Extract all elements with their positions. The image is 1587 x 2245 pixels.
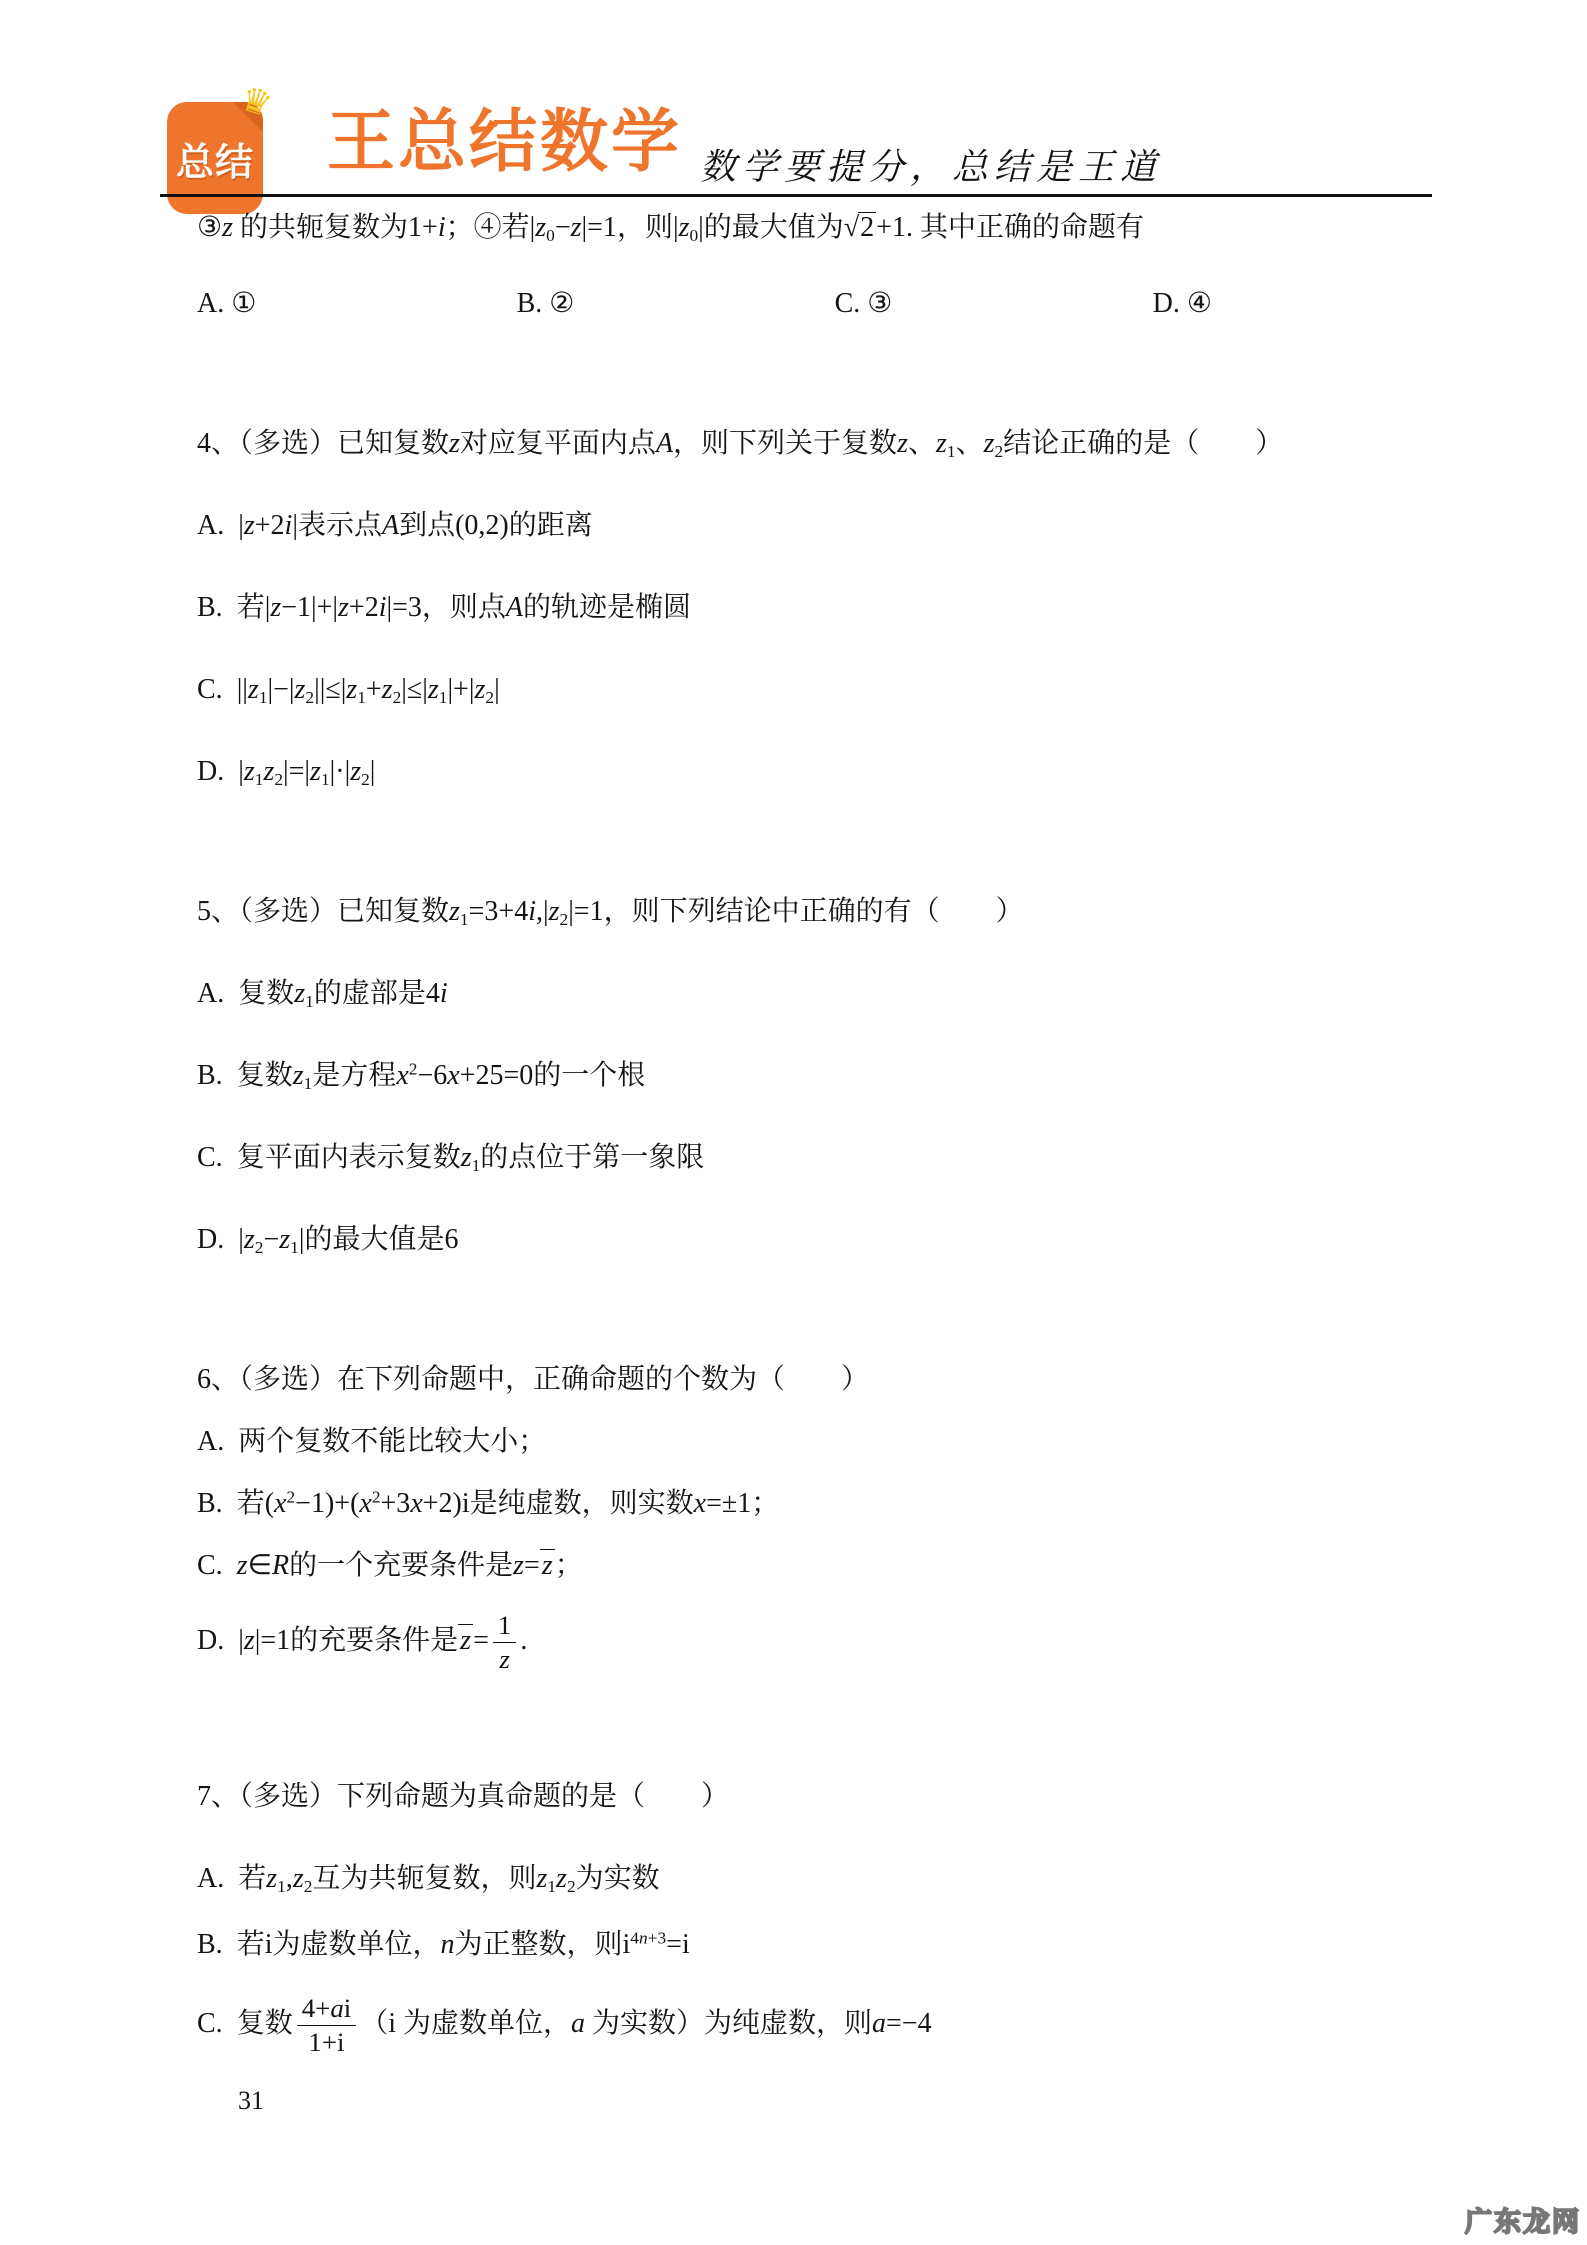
math-text: B.: [197, 592, 223, 623]
math-text: 4: [426, 978, 440, 1009]
math-text: −1)+(: [295, 1488, 359, 1519]
question-line: 5、（多选）已知复数z1=3+4i,|z2|=1，则下列结论中正确的有（ ）: [197, 894, 1447, 930]
question-line: 6、（多选）在下列命题中，正确命题的个数为（ ）: [197, 1362, 1447, 1398]
math-var: R: [272, 1550, 289, 1581]
math-var: z: [535, 212, 546, 243]
math-text: D.: [197, 1625, 224, 1656]
text-run: ，则下列关于复数: [673, 428, 897, 459]
math-var: z: [346, 674, 357, 705]
option-line: D.|z2−z1|的最大值是6: [197, 1222, 1447, 1258]
text-run: 为正整数，则: [455, 1929, 623, 1960]
math-text: =3+4: [469, 896, 529, 927]
math-text: 1: [460, 910, 469, 929]
math-text: D. ④: [1153, 288, 1212, 319]
span: z: [499, 1643, 509, 1675]
subscript: 2: [361, 770, 370, 789]
subscript: 2: [305, 688, 314, 707]
math-text: =−4: [886, 2008, 932, 2039]
math-var: z: [310, 756, 321, 787]
math-text: 2: [567, 1877, 576, 1896]
text-run: 的共轭复数为: [233, 212, 408, 243]
math-text: 0: [546, 226, 555, 245]
text-run: 的点位于第一象限: [480, 1142, 704, 1173]
math-text: 6: [444, 1224, 458, 1255]
page-header: ♛ 总结 王总结数学 数学要提分，总结是王道: [165, 58, 1430, 196]
math-var: n: [441, 1929, 455, 1960]
math-text: −6: [417, 1060, 447, 1091]
text-run: 、: [956, 428, 984, 459]
math-text: 1: [277, 1877, 286, 1896]
math-var: A: [506, 592, 523, 623]
text-run: （i 为虚数单位，: [360, 2008, 571, 2039]
math-var: z: [571, 212, 582, 243]
math-text: 1: [290, 1238, 299, 1257]
option-line: B.若i为虚数单位，n为正整数，则i4n+3=i: [197, 1927, 1447, 1963]
option-line: C.复数4+ai1+i（i 为虚数单位，a 为实数）为纯虚数，则a=−4: [197, 1993, 1447, 2058]
subscript: 1: [460, 910, 469, 929]
text-run: 若: [237, 1488, 265, 1519]
overline-expr: z: [540, 1549, 555, 1580]
document-page: ♛ 总结 王总结数学 数学要提分，总结是王道 ③z 的共轭复数为1+i；④若|z…: [0, 0, 1587, 2245]
math-var: x: [274, 1488, 286, 1519]
math-var: z: [293, 1060, 304, 1091]
math-text: (: [265, 1488, 274, 1519]
math-var: z: [293, 1863, 304, 1894]
math-var: A: [382, 510, 399, 541]
math-text: B.: [197, 1060, 223, 1091]
math-var: z: [244, 510, 255, 541]
brand-badge-label: 总结: [176, 131, 254, 186]
subscript: 2: [274, 770, 283, 789]
math-var: z: [897, 428, 908, 459]
text-run: ，则下列结论中正确的有（ ）: [604, 896, 1024, 927]
math-text: 2: [485, 688, 494, 707]
math-var: z: [449, 428, 460, 459]
subscript: 1: [305, 992, 314, 1011]
math-var: z: [679, 212, 690, 243]
option-line: A.|z+2i|表示点A到点(0,2)的距离: [197, 508, 1447, 544]
subscript: 1: [321, 770, 330, 789]
text-run: 复平面内表示复数: [237, 1142, 461, 1173]
overline-expr: z: [458, 1624, 473, 1655]
math-var: a: [571, 2008, 585, 2039]
text-run: ，则点: [422, 592, 506, 623]
math-text: D.: [197, 756, 224, 787]
math-text: 2: [286, 1487, 295, 1506]
math-var: z: [222, 212, 233, 243]
option-line: D.|z|=1的充要条件是z=1z.: [197, 1610, 1447, 1675]
option-line: B.若|z−1|+|z+2i|=3，则点A的轨迹是椭圆: [197, 590, 1447, 626]
math-var: z: [542, 1550, 553, 1581]
math-text: |: [370, 756, 376, 787]
math-text: 1: [357, 688, 366, 707]
text-run: 为实数: [576, 1863, 660, 1894]
math-text: 2: [361, 770, 370, 789]
math-text: +25=0: [460, 1060, 534, 1091]
math-text: ||≤|: [314, 674, 346, 705]
math-var: x: [359, 1488, 371, 1519]
math-text: B.: [197, 1488, 223, 1519]
math-text: C.: [197, 674, 223, 705]
answer-option: A. ①: [197, 286, 256, 322]
text-run: 5、（多选）已知复数: [197, 896, 449, 927]
page-number: 31: [238, 2086, 264, 2116]
subscript: 1: [947, 442, 956, 461]
text-run: 到点: [399, 510, 455, 541]
math-text: =: [524, 1550, 540, 1581]
subscript: 1: [357, 688, 366, 707]
math-text: A.: [197, 1426, 224, 1457]
math-var: z: [266, 1863, 277, 1894]
math-text: 1+i: [308, 2027, 344, 2057]
math-text: ∈: [248, 1550, 272, 1581]
subscript: 2: [995, 442, 1004, 461]
brand-tagline: 数学要提分，总结是王道: [700, 139, 1162, 190]
math-text: |: [494, 674, 500, 705]
answer-option: C. ③: [835, 286, 893, 322]
text-run: 是纯虚数，则实数: [470, 1488, 694, 1519]
math-text: +2: [349, 592, 379, 623]
math-var: z: [279, 1224, 290, 1255]
sqrt-expr: √2: [844, 210, 876, 246]
math-text: C.: [197, 1550, 223, 1581]
text-run: 对应复平面内点: [460, 428, 656, 459]
text-run: 复数: [237, 2008, 293, 2039]
option-line: B.若(x2−1)+(x2+3x+2)i是纯虚数，则实数x=±1；: [197, 1486, 1447, 1522]
subscript: 1: [277, 1877, 286, 1896]
subscript: 2: [485, 688, 494, 707]
subscript: 1: [472, 1156, 481, 1175]
math-text: A.: [197, 1863, 224, 1894]
subscript: 0: [546, 226, 555, 245]
text-run: 的轨迹是椭圆: [523, 592, 691, 623]
math-text: A. ①: [197, 288, 256, 319]
math-var: z: [536, 1863, 547, 1894]
math-var: z: [428, 674, 439, 705]
superscript: 2: [286, 1487, 295, 1506]
math-text: B. ②: [517, 288, 575, 319]
text-run: 为实数）为纯虚数，则: [585, 2008, 872, 2039]
option-line: A.两个复数不能比较大小；: [197, 1424, 1447, 1460]
math-text: 2: [372, 1487, 381, 1506]
math-text: 1: [947, 442, 956, 461]
math-text: =: [473, 1625, 489, 1656]
math-var: z: [294, 978, 305, 1009]
text-run: ；: [751, 1488, 779, 1519]
math-var: a: [872, 2008, 886, 2039]
text-run: 6、（多选）在下列命题中，正确命题的个数为（ ）: [197, 1364, 869, 1395]
math-text: A.: [197, 978, 224, 1009]
math-text: 1: [472, 1156, 481, 1175]
fraction: 1z: [493, 1610, 516, 1675]
subscript: 2: [393, 688, 402, 707]
option-line: D.|z1z2|=|z1|·|z2|: [197, 754, 1447, 790]
math-text: D.: [197, 1224, 224, 1255]
answer-options-row: A. ①B. ②C. ③D. ④: [197, 286, 1212, 322]
text-run: 的最大值是: [304, 1224, 444, 1255]
math-text: 1: [304, 1074, 313, 1093]
math-var: z: [244, 1224, 255, 1255]
math-var: z: [461, 1142, 472, 1173]
math-text: −: [263, 1224, 279, 1255]
math-text: ,: [286, 1863, 293, 1894]
math-text: |=1: [255, 1625, 290, 1656]
text-run: 的最大值为: [704, 212, 844, 243]
option-line: C.复平面内表示复数z1的点位于第一象限: [197, 1140, 1447, 1176]
subscript: 2: [567, 1877, 576, 1896]
text-run: 、: [908, 428, 936, 459]
superscript: 2: [372, 1487, 381, 1506]
answer-option: B. ②: [517, 286, 575, 322]
math-text: |=3: [387, 592, 422, 623]
subscript: 1: [304, 1074, 313, 1093]
math-text: +: [366, 674, 382, 705]
math-text: 1: [321, 770, 330, 789]
math-var: x: [410, 1488, 422, 1519]
math-var: z: [295, 674, 306, 705]
text-run: 4、（多选）已知复数: [197, 428, 449, 459]
option-line: A.若z1,z2互为共轭复数，则z1z2为实数: [197, 1861, 1447, 1897]
math-var: z: [382, 674, 393, 705]
math-var: x: [447, 1060, 459, 1091]
math-text: +2)i: [423, 1488, 470, 1519]
crown-icon: ♛: [235, 78, 276, 125]
math-text: 1+: [408, 212, 438, 243]
math-text: 2: [393, 688, 402, 707]
text-run: 的虚部是: [314, 978, 426, 1009]
math-text: +3: [648, 1928, 666, 1947]
math-var: z: [338, 592, 349, 623]
text-run: 为虚数单位，: [272, 1929, 440, 1960]
text-run: 若: [238, 1863, 266, 1894]
math-text: ||: [237, 674, 248, 705]
math-var: z: [499, 1644, 509, 1674]
math-text: 1: [498, 1610, 511, 1640]
math-var: a: [330, 1993, 343, 2023]
math-text: |=1: [582, 212, 617, 243]
math-text: C.: [197, 1142, 223, 1173]
answer-option: D. ④: [1153, 286, 1212, 322]
brand-wordmark: 王总结数学: [327, 108, 682, 176]
math-text: .: [520, 1625, 527, 1656]
math-var: z: [984, 428, 995, 459]
math-text: 1: [259, 688, 268, 707]
math-var: z: [248, 674, 259, 705]
math-text: i: [344, 1993, 351, 2023]
math-text: C. ③: [835, 288, 893, 319]
text-run: ③: [197, 212, 222, 243]
question-line: 4、（多选）已知复数z对应复平面内点A，则下列关于复数z、z1、z2结论正确的是…: [197, 426, 1447, 462]
text-run: 的一个根: [533, 1060, 645, 1091]
math-text: +3: [381, 1488, 411, 1519]
math-text: 2: [995, 442, 1004, 461]
math-var: A: [656, 428, 673, 459]
text-run: 的距离: [509, 510, 593, 541]
text-run: 两个复数不能比较大小；: [238, 1426, 546, 1457]
span: √: [844, 210, 859, 246]
math-text: =i: [666, 1929, 690, 1960]
math-var: z: [270, 592, 281, 623]
statement-line: ③z 的共轭复数为1+i；④若|z0−z|=1，则|z0|的最大值为√2+1. …: [197, 210, 1447, 246]
math-text: −: [555, 212, 571, 243]
math-text: |≤|: [401, 674, 428, 705]
math-text: +1: [876, 212, 906, 243]
math-text: 2: [560, 910, 569, 929]
math-text: (0,2): [455, 510, 509, 541]
math-text: 4+: [302, 1993, 331, 2023]
math-text: 1: [305, 992, 314, 1011]
math-var: i: [440, 978, 448, 1009]
math-text: C.: [197, 2008, 223, 2039]
subscript: 1: [547, 1877, 556, 1896]
text-run: ；: [555, 1550, 583, 1581]
math-var: z: [460, 1625, 471, 1656]
math-var: z: [237, 1550, 248, 1581]
math-var: i: [438, 212, 446, 243]
math-text: ,|: [536, 896, 549, 927]
text-run: 复数: [238, 978, 294, 1009]
text-run: 互为共轭复数，则: [312, 1863, 536, 1894]
superscript: 4n+3: [630, 1928, 666, 1947]
math-var: z: [474, 674, 485, 705]
span: 2: [858, 212, 876, 242]
math-var: z: [244, 756, 255, 787]
math-text: A.: [197, 510, 224, 541]
math-var: x: [396, 1060, 408, 1091]
math-var: z: [350, 756, 361, 787]
math-text: |·|: [330, 756, 351, 787]
math-var: z: [556, 1863, 567, 1894]
subscript: 1: [259, 688, 268, 707]
text-run: 的一个充要条件是: [289, 1550, 513, 1581]
subscript: 1: [290, 1238, 299, 1257]
math-text: |=|: [283, 756, 310, 787]
math-text: 2: [860, 212, 874, 243]
subscript: 0: [689, 226, 698, 245]
math-var: i: [379, 592, 387, 623]
option-line: C.||z1|−|z2||≤|z1+z2|≤|z1|+|z2|: [197, 672, 1447, 708]
span: 1: [493, 1610, 516, 1643]
math-var: z: [513, 1550, 524, 1581]
fraction: 4+ai1+i: [297, 1993, 357, 2058]
option-line: C.z∈R的一个充要条件是z=z；: [197, 1548, 1447, 1584]
math-var: n: [639, 1928, 648, 1947]
option-line: B.复数z1是方程x2−6x+25=0的一个根: [197, 1058, 1447, 1094]
text-run: 7、（多选）下列命题为真命题的是（ ）: [197, 1781, 729, 1812]
math-var: z: [263, 756, 274, 787]
math-text: |=1: [568, 896, 603, 927]
math-text: |+|: [447, 674, 474, 705]
option-line: A.复数z1的虚部是4i: [197, 976, 1447, 1012]
math-var: i: [528, 896, 536, 927]
math-var: z: [244, 1625, 255, 1656]
math-text: =±1: [706, 1488, 751, 1519]
math-text: 2: [274, 770, 283, 789]
text-run: 结论正确的是（ ）: [1003, 428, 1283, 459]
math-var: z: [936, 428, 947, 459]
math-var: z: [549, 896, 560, 927]
math-text: 1: [547, 1877, 556, 1896]
math-text: B.: [197, 1929, 223, 1960]
math-text: −1|+|: [281, 592, 338, 623]
text-run: ，则: [617, 212, 673, 243]
text-run: 是方程: [312, 1060, 396, 1091]
math-text: +2: [255, 510, 285, 541]
text-run: 若: [237, 592, 265, 623]
math-var: x: [694, 1488, 706, 1519]
text-run: 的充要条件是: [290, 1625, 458, 1656]
question-line: 7、（多选）下列命题为真命题的是（ ）: [197, 1779, 1447, 1815]
math-text: 4: [630, 1928, 639, 1947]
span: 4+ai: [297, 1993, 357, 2026]
text-run: 若: [237, 1929, 265, 1960]
question-content: ③z 的共轭复数为1+i；④若|z0−z|=1，则|z0|的最大值为√2+1. …: [197, 196, 1447, 2058]
watermark: 广东龙网: [1465, 2200, 1581, 2239]
text-run: 复数: [237, 1060, 293, 1091]
span: 1+i: [308, 2026, 344, 2058]
text-run: 表示点: [298, 510, 382, 541]
math-var: z: [449, 896, 460, 927]
math-text: 0: [689, 226, 698, 245]
math-text: 2: [305, 688, 314, 707]
text-run: . 其中正确的命题有: [906, 212, 1144, 243]
math-text: |−|: [268, 674, 295, 705]
subscript: 2: [560, 910, 569, 929]
text-run: ；④若: [446, 212, 530, 243]
